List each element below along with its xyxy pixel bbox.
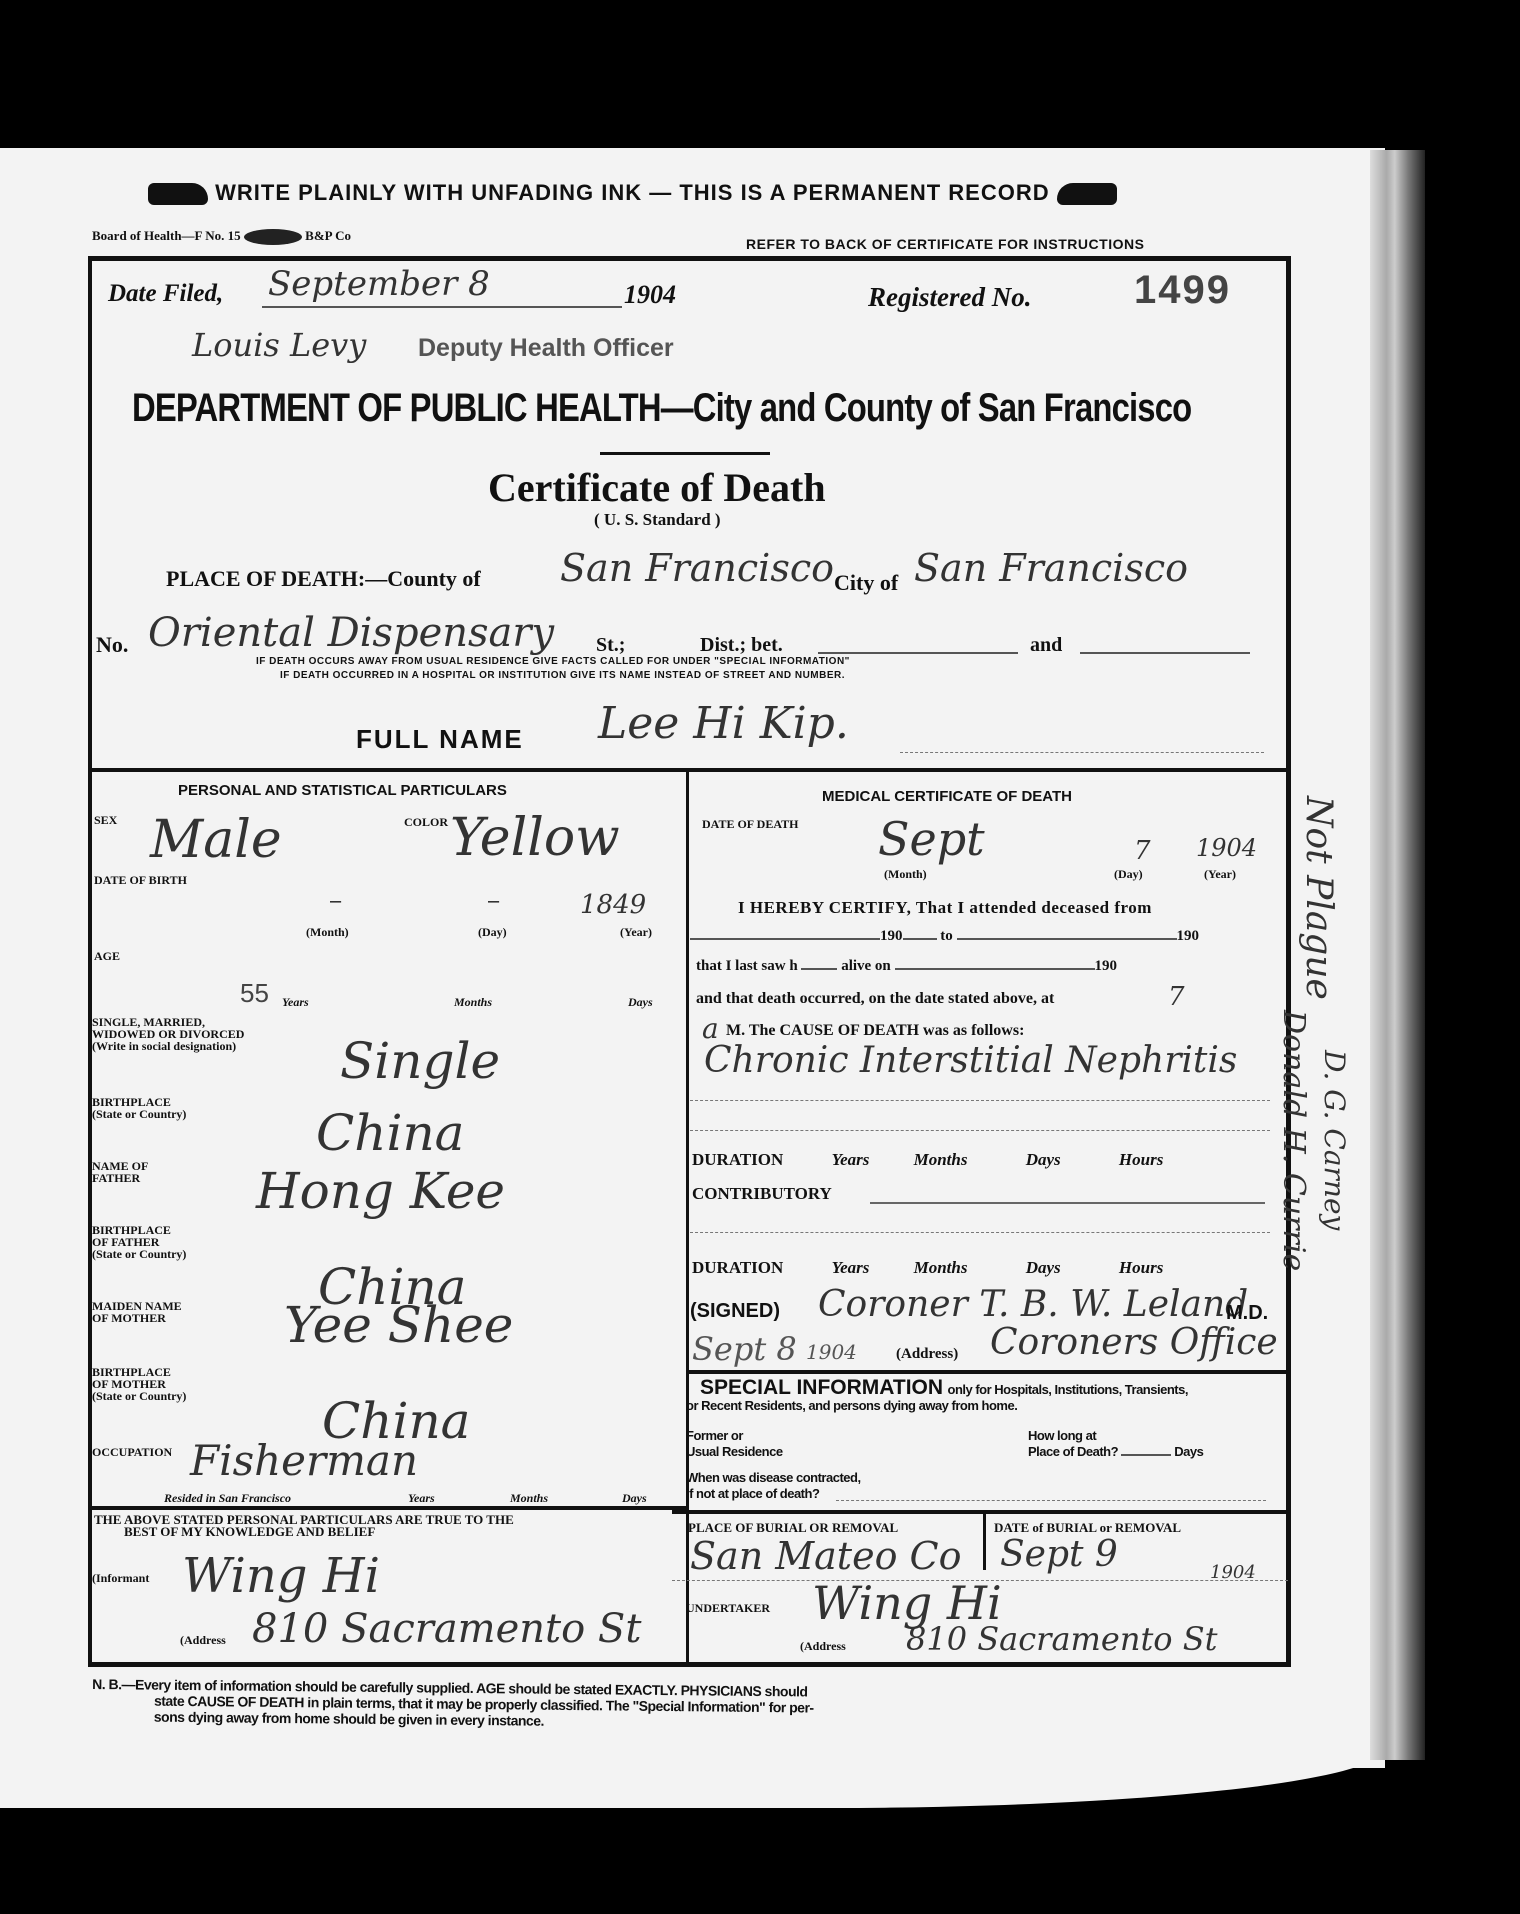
mother-name-value: Yee Shee xyxy=(284,1296,513,1354)
us-standard: ( U. S. Standard ) xyxy=(594,510,721,530)
registered-number: 1499 xyxy=(1134,268,1231,313)
top-banner: WRITE PLAINLY WITH UNFADING INK — THIS I… xyxy=(148,180,1117,206)
place-note-2: IF DEATH OCCURRED IN A HOSPITAL OR INSTI… xyxy=(280,670,845,681)
father-name-value: Hong Kee xyxy=(256,1162,505,1220)
margin-note-signature-2: Donald H. Currie xyxy=(1276,1010,1311,1271)
signed-date: Sept 8 xyxy=(692,1330,797,1368)
occupation-value: Fisherman xyxy=(190,1436,418,1485)
dob-month: – xyxy=(330,890,341,913)
signed-value: Coroner T. B. W. Leland xyxy=(818,1284,1248,1325)
former-residence-label: Former orUsual Residence xyxy=(686,1428,783,1460)
undertaker-address-label: (Address xyxy=(800,1640,846,1652)
contracted-label: When was disease contracted,if not at pl… xyxy=(686,1470,861,1502)
dist-label: Dist.; bet. xyxy=(700,634,783,657)
margin-note-signature-1: D. G. Carney xyxy=(1318,1050,1351,1230)
date-filed-year: 1904 xyxy=(624,280,676,310)
time-value: 7 xyxy=(1168,982,1185,1012)
dod-year: 1904 xyxy=(1196,834,1257,862)
pointing-hand-icon xyxy=(148,183,208,205)
medical-heading: MEDICAL CERTIFICATE OF DEATH xyxy=(822,788,1072,805)
department-title: DEPARTMENT OF PUBLIC HEALTH—City and Cou… xyxy=(132,386,1191,431)
father-birthplace-label: BIRTHPLACEOF FATHER(State or Country) xyxy=(92,1224,186,1260)
color-value: Yellow xyxy=(450,808,620,868)
date-filed-value: September 8 xyxy=(268,264,490,304)
last-saw-line: that I last saw h alive on 190 xyxy=(696,958,1117,975)
certificate-title: Certificate of Death xyxy=(488,464,826,511)
marital-value: Single xyxy=(340,1032,500,1090)
form-id: Board of Health—F No. 15 B&P Co xyxy=(92,228,351,245)
medical-address-label: (Address) xyxy=(896,1346,958,1363)
occurred-text: and that death occurred, on the date sta… xyxy=(696,990,1054,1008)
mother-name-label: MAIDEN NAMEOF MOTHER xyxy=(92,1300,182,1324)
street-label: St.; xyxy=(596,634,625,657)
pointing-hand-icon xyxy=(1057,183,1117,205)
dob-label: DATE OF BIRTH xyxy=(94,874,187,886)
personal-heading: PERSONAL AND STATISTICAL PARTICULARS xyxy=(178,782,507,799)
place-of-death-label: PLACE OF DEATH:—County of xyxy=(166,566,481,592)
informant-address-value: 810 Sacramento St xyxy=(252,1606,641,1652)
informant-value: Wing Hi xyxy=(182,1548,380,1604)
mother-birthplace-label: BIRTHPLACEOF MOTHER(State or Country) xyxy=(92,1366,186,1402)
date-filed-label: Date Filed, xyxy=(108,280,223,308)
duration-row-2: DURATION Years Months Days Hours xyxy=(692,1258,1163,1278)
age-label: AGE xyxy=(94,950,120,962)
frame-right xyxy=(1286,256,1291,1666)
burial-date-value: Sept 9 xyxy=(1000,1534,1118,1575)
special-heading-2: or Recent Residents, and persons dying a… xyxy=(686,1398,1017,1413)
margin-note-not-plague: Not Plague xyxy=(1298,796,1339,1000)
marital-label: SINGLE, MARRIED,WIDOWED OR DIVORCED(Writ… xyxy=(92,1016,244,1052)
birthplace-label: BIRTHPLACE(State or Country) xyxy=(92,1096,186,1120)
top-banner-text: WRITE PLAINLY WITH UNFADING INK — THIS I… xyxy=(215,180,1050,205)
full-name-label: FULL NAME xyxy=(356,724,524,755)
registered-label: Registered No. xyxy=(868,282,1031,313)
how-long-label: How long atPlace of Death? Days xyxy=(1028,1428,1203,1460)
burial-place-label: PLACE OF BURIAL OR REMOVAL xyxy=(688,1522,898,1534)
burial-place-value: San Mateo Co xyxy=(690,1534,961,1578)
color-label: COLOR xyxy=(404,816,448,828)
special-heading: SPECIAL INFORMATION only for Hospitals, … xyxy=(700,1376,1188,1400)
frame-top xyxy=(88,256,1290,261)
informant-attest: THE ABOVE STATED PERSONAL PARTICULARS AR… xyxy=(94,1514,514,1538)
officer-title: Deputy Health Officer xyxy=(418,334,674,363)
book-page-edges xyxy=(1370,150,1425,1760)
sex-value: Male xyxy=(150,810,282,870)
attended-dates: 190 to 190 xyxy=(690,928,1270,945)
signed-label: (SIGNED) xyxy=(690,1300,780,1323)
medical-address-value: Coroners Office xyxy=(990,1322,1278,1363)
city-value: San Francisco xyxy=(914,546,1188,590)
father-name-label: NAME OFFATHER xyxy=(92,1160,148,1184)
birthplace-value: China xyxy=(316,1104,464,1162)
instructions-ref: REFER TO BACK OF CERTIFICATE FOR INSTRUC… xyxy=(746,236,1144,252)
certify-text: I HEREBY CERTIFY, That I attended deceas… xyxy=(738,898,1152,918)
union-label-seal-icon xyxy=(244,229,302,245)
full-name-value: Lee Hi Kip. xyxy=(598,698,849,749)
age-years: 55 xyxy=(240,978,269,1009)
city-label: City of xyxy=(834,570,898,596)
undertaker-address-value: 810 Sacramento St xyxy=(906,1620,1218,1658)
institution-value: Oriental Dispensary xyxy=(148,610,554,656)
resided-label: Resided in San Francisco xyxy=(164,1492,291,1504)
sex-label: SEX xyxy=(94,814,117,826)
county-value: San Francisco xyxy=(560,546,834,590)
dob-year: 1849 xyxy=(580,890,646,920)
dod-label: DATE OF DEATH xyxy=(702,818,798,830)
duration-row-1: DURATION Years Months Days Hours xyxy=(692,1150,1163,1170)
contributory-label: CONTRIBUTORY xyxy=(692,1184,832,1204)
and-label: and xyxy=(1030,634,1062,657)
cause-of-death-value: Chronic Interstitial Nephritis xyxy=(704,1040,1237,1081)
officer-signature: Louis Levy xyxy=(192,326,366,364)
dod-month: Sept xyxy=(878,812,985,866)
informant-address-label: (Address xyxy=(180,1634,226,1646)
cause-intro: M. The CAUSE OF DEATH was as follows: xyxy=(726,1022,1024,1040)
burial-date-label: DATE of BURIAL or REMOVAL xyxy=(994,1522,1181,1534)
undertaker-label: UNDERTAKER xyxy=(686,1602,770,1614)
informant-label: (Informant xyxy=(92,1572,149,1584)
occupation-label: OCCUPATION xyxy=(92,1446,172,1458)
dod-day: 7 xyxy=(1134,836,1151,866)
place-note-1: IF DEATH OCCURS AWAY FROM USUAL RESIDENC… xyxy=(256,656,850,667)
dob-day: – xyxy=(488,890,499,913)
signed-year: 1904 xyxy=(806,1340,857,1364)
no-label: No. xyxy=(96,632,128,658)
frame-bottom xyxy=(88,1662,1291,1667)
